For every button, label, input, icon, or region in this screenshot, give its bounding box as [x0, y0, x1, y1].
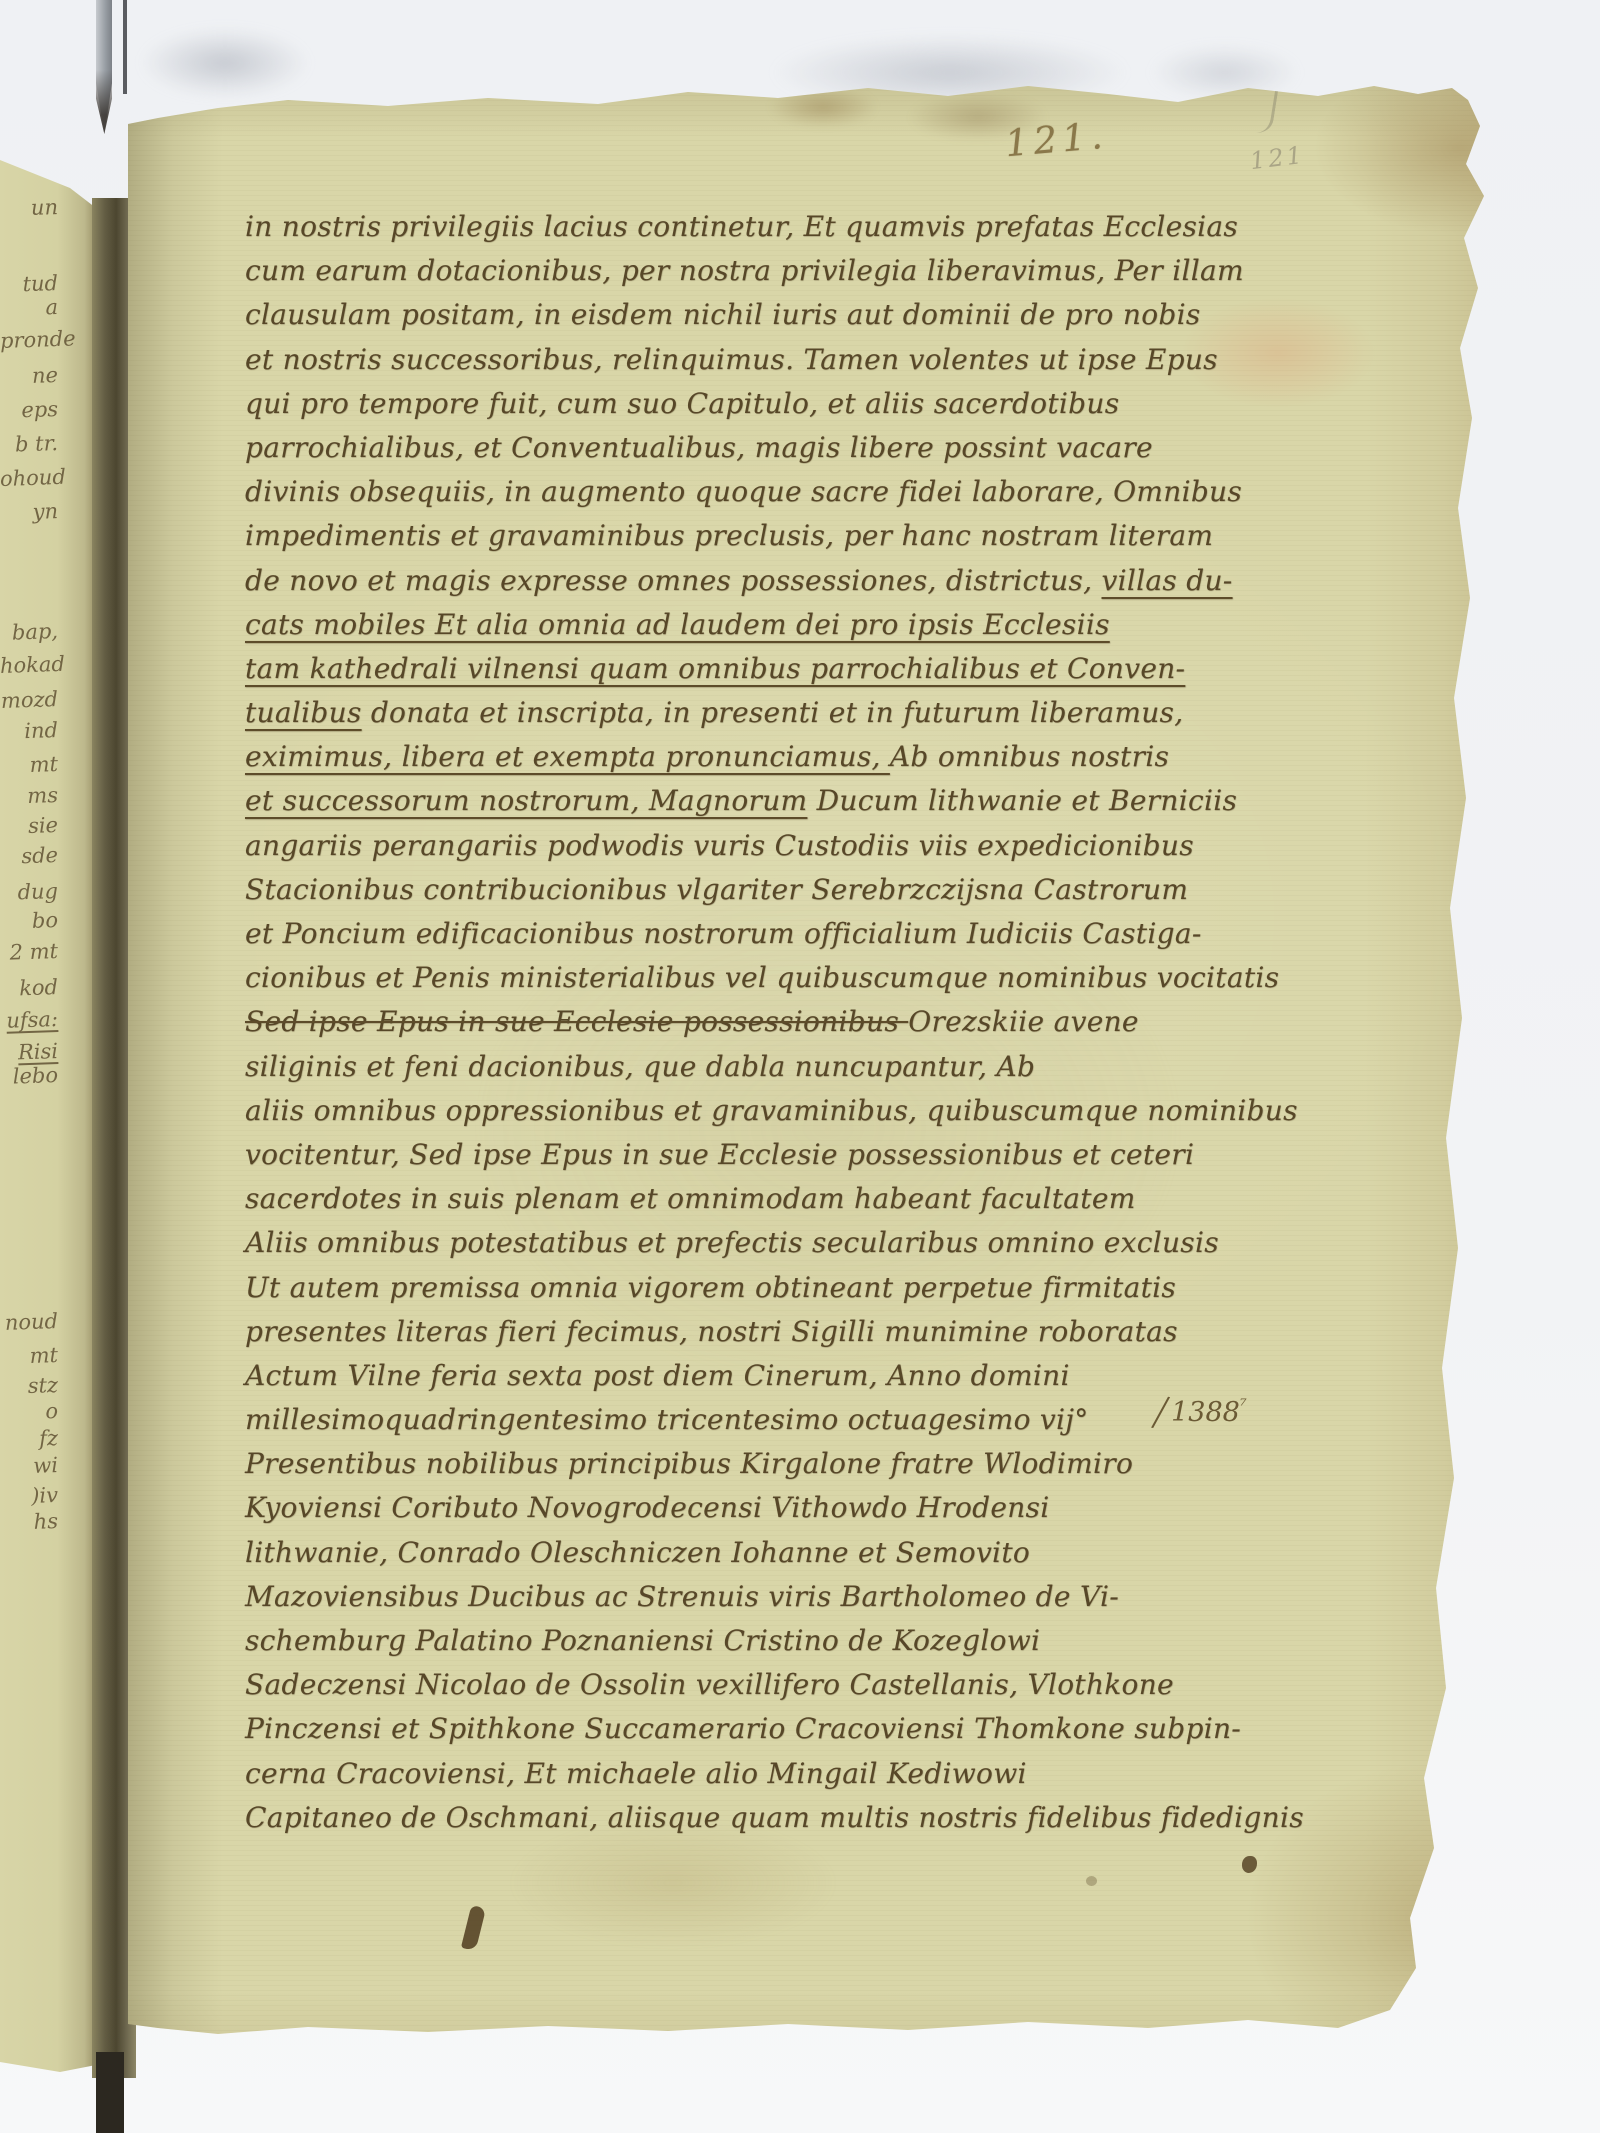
previous-page-text-fragment: ufsa:	[0, 1007, 58, 1033]
manuscript-line-segment: Ducum lithwanie et Berniciis	[807, 784, 1237, 817]
manuscript-line-segment: in nostris privilegiis lacius continetur…	[245, 210, 1238, 243]
photo-shadow	[140, 28, 310, 98]
manuscript-line-segment: sacerdotes in suis plenam et omnimodam h…	[245, 1182, 1136, 1215]
manuscript-line: et Poncium edificacionibus nostrorum off…	[245, 912, 1265, 956]
manuscript-line-segment: tam kathedrali vilnensi quam omnibus par…	[245, 652, 1185, 685]
manuscript-line-segment: angariis perangariis podwodis vuris Cust…	[245, 829, 1194, 862]
manuscript-line: lithwanie, Conrado Oleschniczen Iohanne …	[245, 1531, 1265, 1575]
previous-page-text-fragment: un	[0, 195, 58, 221]
manuscript-line-segment: de novo et magis expresse omnes possessi…	[245, 564, 1102, 597]
manuscript-line: et successorum nostrorum, Magnorum Ducum…	[245, 779, 1265, 823]
manuscript-line-segment: villas du-	[1102, 564, 1233, 597]
previous-page-text-fragment: bap,	[0, 619, 58, 645]
previous-page-text-fragment: mt	[0, 1343, 58, 1369]
manuscript-line: Mazoviensibus Ducibus ac Strenuis viris …	[245, 1575, 1265, 1619]
manuscript-scan-photo: { "document": { "folio_number_ink": "121…	[0, 0, 1600, 2133]
manuscript-line-segment: Ut autem premissa omnia vigorem obtinean…	[245, 1271, 1176, 1304]
manuscript-line-segment: clausulam positam, in eisdem nichil iuri…	[245, 298, 1201, 331]
folio-number-ink: 121.	[1003, 114, 1109, 166]
manuscript-line: millesimoquadringentesimo tricentesimo o…	[245, 1398, 1265, 1442]
manuscript-line: tam kathedrali vilnensi quam omnibus par…	[245, 647, 1265, 691]
manuscript-line: Presentibus nobilibus principibus Kirgal…	[245, 1442, 1265, 1486]
manuscript-line: parrochialibus, et Conventualibus, magis…	[245, 426, 1265, 470]
manuscript-line: cats mobiles Et alia omnia ad laudem dei…	[245, 603, 1265, 647]
manuscript-line-segment: et Poncium edificacionibus nostrorum off…	[245, 917, 1202, 950]
manuscript-line: angariis perangariis podwodis vuris Cust…	[245, 824, 1265, 868]
manuscript-line: qui pro tempore fuit, cum suo Capitulo, …	[245, 382, 1265, 426]
manuscript-line: sacerdotes in suis plenam et omnimodam h…	[245, 1177, 1265, 1221]
previous-page-text-fragment: 2 mt	[0, 939, 58, 965]
previous-page-text-fragment: fz	[0, 1426, 58, 1452]
previous-page-text-fragment: bo	[0, 908, 58, 934]
manuscript-line-segment: Mazoviensibus Ducibus ac Strenuis viris …	[245, 1580, 1119, 1613]
previous-page-text-fragment: hs	[0, 1509, 58, 1535]
manuscript-line-segment: Sadeczensi Nicolao de Ossolin vexillifer…	[245, 1668, 1174, 1701]
previous-page-text-fragment: ms	[0, 783, 58, 809]
manuscript-line: Stacionibus contribucionibus vlgariter S…	[245, 868, 1265, 912]
manuscript-line: Sed ipse Epus in sue Ecclesie possession…	[245, 1000, 1265, 1044]
manuscript-line-segment: siliginis et feni dacionibus, que dabla …	[245, 1050, 1035, 1083]
manuscript-line-segment: Kyoviensi Coributo Novogrodecensi Vithow…	[245, 1491, 1049, 1524]
manuscript-line: de novo et magis expresse omnes possessi…	[245, 559, 1265, 603]
manuscript-line: siliginis et feni dacionibus, que dabla …	[245, 1045, 1265, 1089]
manuscript-line-segment: Stacionibus contribucionibus vlgariter S…	[245, 873, 1188, 906]
manuscript-line: presentes literas fieri fecimus, nostri …	[245, 1310, 1265, 1354]
manuscript-line: cerna Cracoviensi, Et michaele alio Ming…	[245, 1752, 1265, 1796]
previous-page-text-fragment: ind	[0, 718, 58, 744]
manuscript-line: cum earum dotacionibus, per nostra privi…	[245, 249, 1265, 293]
manuscript-line-segment: Actum Vilne feria sexta post diem Cineru…	[245, 1359, 1070, 1392]
manuscript-line-segment: divinis obsequiis, in augmento quoque sa…	[245, 475, 1242, 508]
previous-page-text-fragment: o	[0, 1399, 58, 1425]
manuscript-line-segment: cionibus et Penis ministerialibus vel qu…	[245, 961, 1279, 994]
manuscript-line-segment: tualibus	[245, 696, 362, 729]
previous-page-text-fragment: b tr.	[0, 431, 58, 457]
manuscript-line: divinis obsequiis, in augmento quoque sa…	[245, 470, 1265, 514]
manuscript-line: eximimus, libera et exempta pronunciamus…	[245, 735, 1265, 779]
manuscript-line: Aliis omnibus potestatibus et prefectis …	[245, 1221, 1265, 1265]
manuscript-line-segment: cum earum dotacionibus, per nostra privi…	[245, 254, 1244, 287]
previous-page-text-fragment: stz	[0, 1373, 58, 1399]
manuscript-line: Sadeczensi Nicolao de Ossolin vexillifer…	[245, 1663, 1265, 1707]
page-edge-line	[123, 0, 127, 94]
ink-blot	[461, 1905, 486, 1951]
manuscript-line: schemburg Palatino Poznaniensi Cristino …	[245, 1619, 1265, 1663]
previous-page-text-fragment: )iv	[0, 1483, 58, 1509]
margin-year-note: /1388⁷	[1156, 1396, 1247, 1428]
previous-page-text-fragment: hokad	[0, 652, 58, 678]
manuscript-line-segment: impedimentis et gravaminibus preclusis, …	[245, 519, 1213, 552]
previous-page-text-fragment: ohoud	[0, 465, 58, 491]
ink-blot	[1086, 1876, 1097, 1886]
previous-page-text-fragment: lebo	[0, 1063, 58, 1089]
ink-blot	[1242, 1856, 1257, 1873]
previous-page-text-fragment: noud	[0, 1309, 58, 1335]
previous-page-text-fragment: a	[0, 295, 58, 321]
previous-page-text-fragment: kod	[0, 975, 58, 1001]
manuscript-line-segment: lithwanie, Conrado Oleschniczen Iohanne …	[245, 1536, 1030, 1569]
manuscript-line-segment: Presentibus nobilibus principibus Kirgal…	[245, 1447, 1133, 1480]
folio-number-pencil: 121	[1248, 141, 1306, 175]
manuscript-line-segment: parrochialibus, et Conventualibus, magis…	[245, 431, 1153, 464]
manuscript-text-block: in nostris privilegiis lacius continetur…	[245, 205, 1265, 1840]
manuscript-line-segment: presentes literas fieri fecimus, nostri …	[245, 1315, 1178, 1348]
margin-note-year: 1388	[1171, 1397, 1240, 1428]
manuscript-line: aliis omnibus oppressionibus et gravamin…	[245, 1089, 1265, 1133]
manuscript-line-segment: donata et inscripta, in presenti et in f…	[362, 696, 1184, 729]
previous-page-text-fragment: tud	[0, 271, 58, 297]
manuscript-line-segment: millesimoquadringentesimo tricentesimo o…	[245, 1403, 1089, 1436]
manuscript-line-segment: Orezskiie avene	[908, 1005, 1139, 1038]
manuscript-line: impedimentis et gravaminibus preclusis, …	[245, 514, 1265, 558]
manuscript-line: vocitentur, Sed ipse Epus in sue Ecclesi…	[245, 1133, 1265, 1177]
binding-tail	[96, 2052, 124, 2133]
manuscript-line: Ut autem premissa omnia vigorem obtinean…	[245, 1266, 1265, 1310]
previous-page-text-fragment: sde	[0, 843, 58, 869]
manuscript-line-segment: Ab omnibus nostris	[890, 740, 1169, 773]
manuscript-line-segment: cerna Cracoviensi, Et michaele alio Ming…	[245, 1757, 1027, 1790]
manuscript-line-segment: vocitentur, Sed ipse Epus in sue Ecclesi…	[245, 1138, 1194, 1171]
previous-page-text-fragment: eps	[0, 397, 58, 423]
previous-page-text-fragment: pronde	[0, 327, 58, 353]
manuscript-line-segment: cats mobiles Et alia omnia ad laudem dei…	[245, 608, 1110, 641]
manuscript-line-segment: Sed ipse Epus in sue Ecclesie possession…	[245, 1005, 908, 1038]
previous-page-text-fragment: Risi	[0, 1039, 58, 1065]
manuscript-line-segment: et successorum nostrorum, Magnorum	[245, 784, 807, 817]
manuscript-line: tualibus donata et inscripta, in present…	[245, 691, 1265, 735]
previous-page-text-fragment: sie	[0, 813, 58, 839]
margin-note-sup-mark: ⁷	[1240, 1396, 1247, 1416]
manuscript-line-segment: schemburg Palatino Poznaniensi Cristino …	[245, 1624, 1040, 1657]
pencil-flourish-mark	[1254, 85, 1278, 135]
manuscript-line: clausulam positam, in eisdem nichil iuri…	[245, 293, 1265, 337]
manuscript-line-segment: aliis omnibus oppressionibus et gravamin…	[245, 1094, 1298, 1127]
previous-page-text-fragment: wi	[0, 1453, 58, 1479]
manuscript-line: cionibus et Penis ministerialibus vel qu…	[245, 956, 1265, 1000]
previous-page-text-fragment: mozd	[0, 687, 58, 713]
manuscript-line-segment: et nostris successoribus, relinquimus. T…	[245, 343, 1218, 376]
manuscript-line: Pinczensi et Spithkone Succamerario Crac…	[245, 1707, 1265, 1751]
previous-page-text-fragment: dug	[0, 879, 58, 905]
manuscript-line-segment: qui pro tempore fuit, cum suo Capitulo, …	[245, 387, 1119, 420]
previous-page-text-fragment: mt	[0, 752, 58, 778]
metal-rod-tip	[96, 70, 112, 134]
previous-page-text-fragment: ne	[0, 363, 58, 389]
manuscript-line: in nostris privilegiis lacius continetur…	[245, 205, 1265, 249]
manuscript-line-segment: Pinczensi et Spithkone Succamerario Crac…	[245, 1712, 1241, 1745]
manuscript-line: Actum Vilne feria sexta post diem Cineru…	[245, 1354, 1265, 1398]
manuscript-line: et nostris successoribus, relinquimus. T…	[245, 338, 1265, 382]
manuscript-line: Capitaneo de Oschmani, aliisque quam mul…	[245, 1796, 1265, 1840]
manuscript-line-segment: Capitaneo de Oschmani, aliisque quam mul…	[245, 1801, 1304, 1834]
manuscript-line-segment: Aliis omnibus potestatibus et prefectis …	[245, 1226, 1219, 1259]
manuscript-line: Kyoviensi Coributo Novogrodecensi Vithow…	[245, 1486, 1265, 1530]
manuscript-line-segment: eximimus, libera et exempta pronunciamus…	[245, 740, 890, 773]
previous-page-text-fragment: yn	[0, 499, 58, 525]
page-sheet: 121. 121 in nostris privilegiis lacius c…	[128, 78, 1500, 2076]
